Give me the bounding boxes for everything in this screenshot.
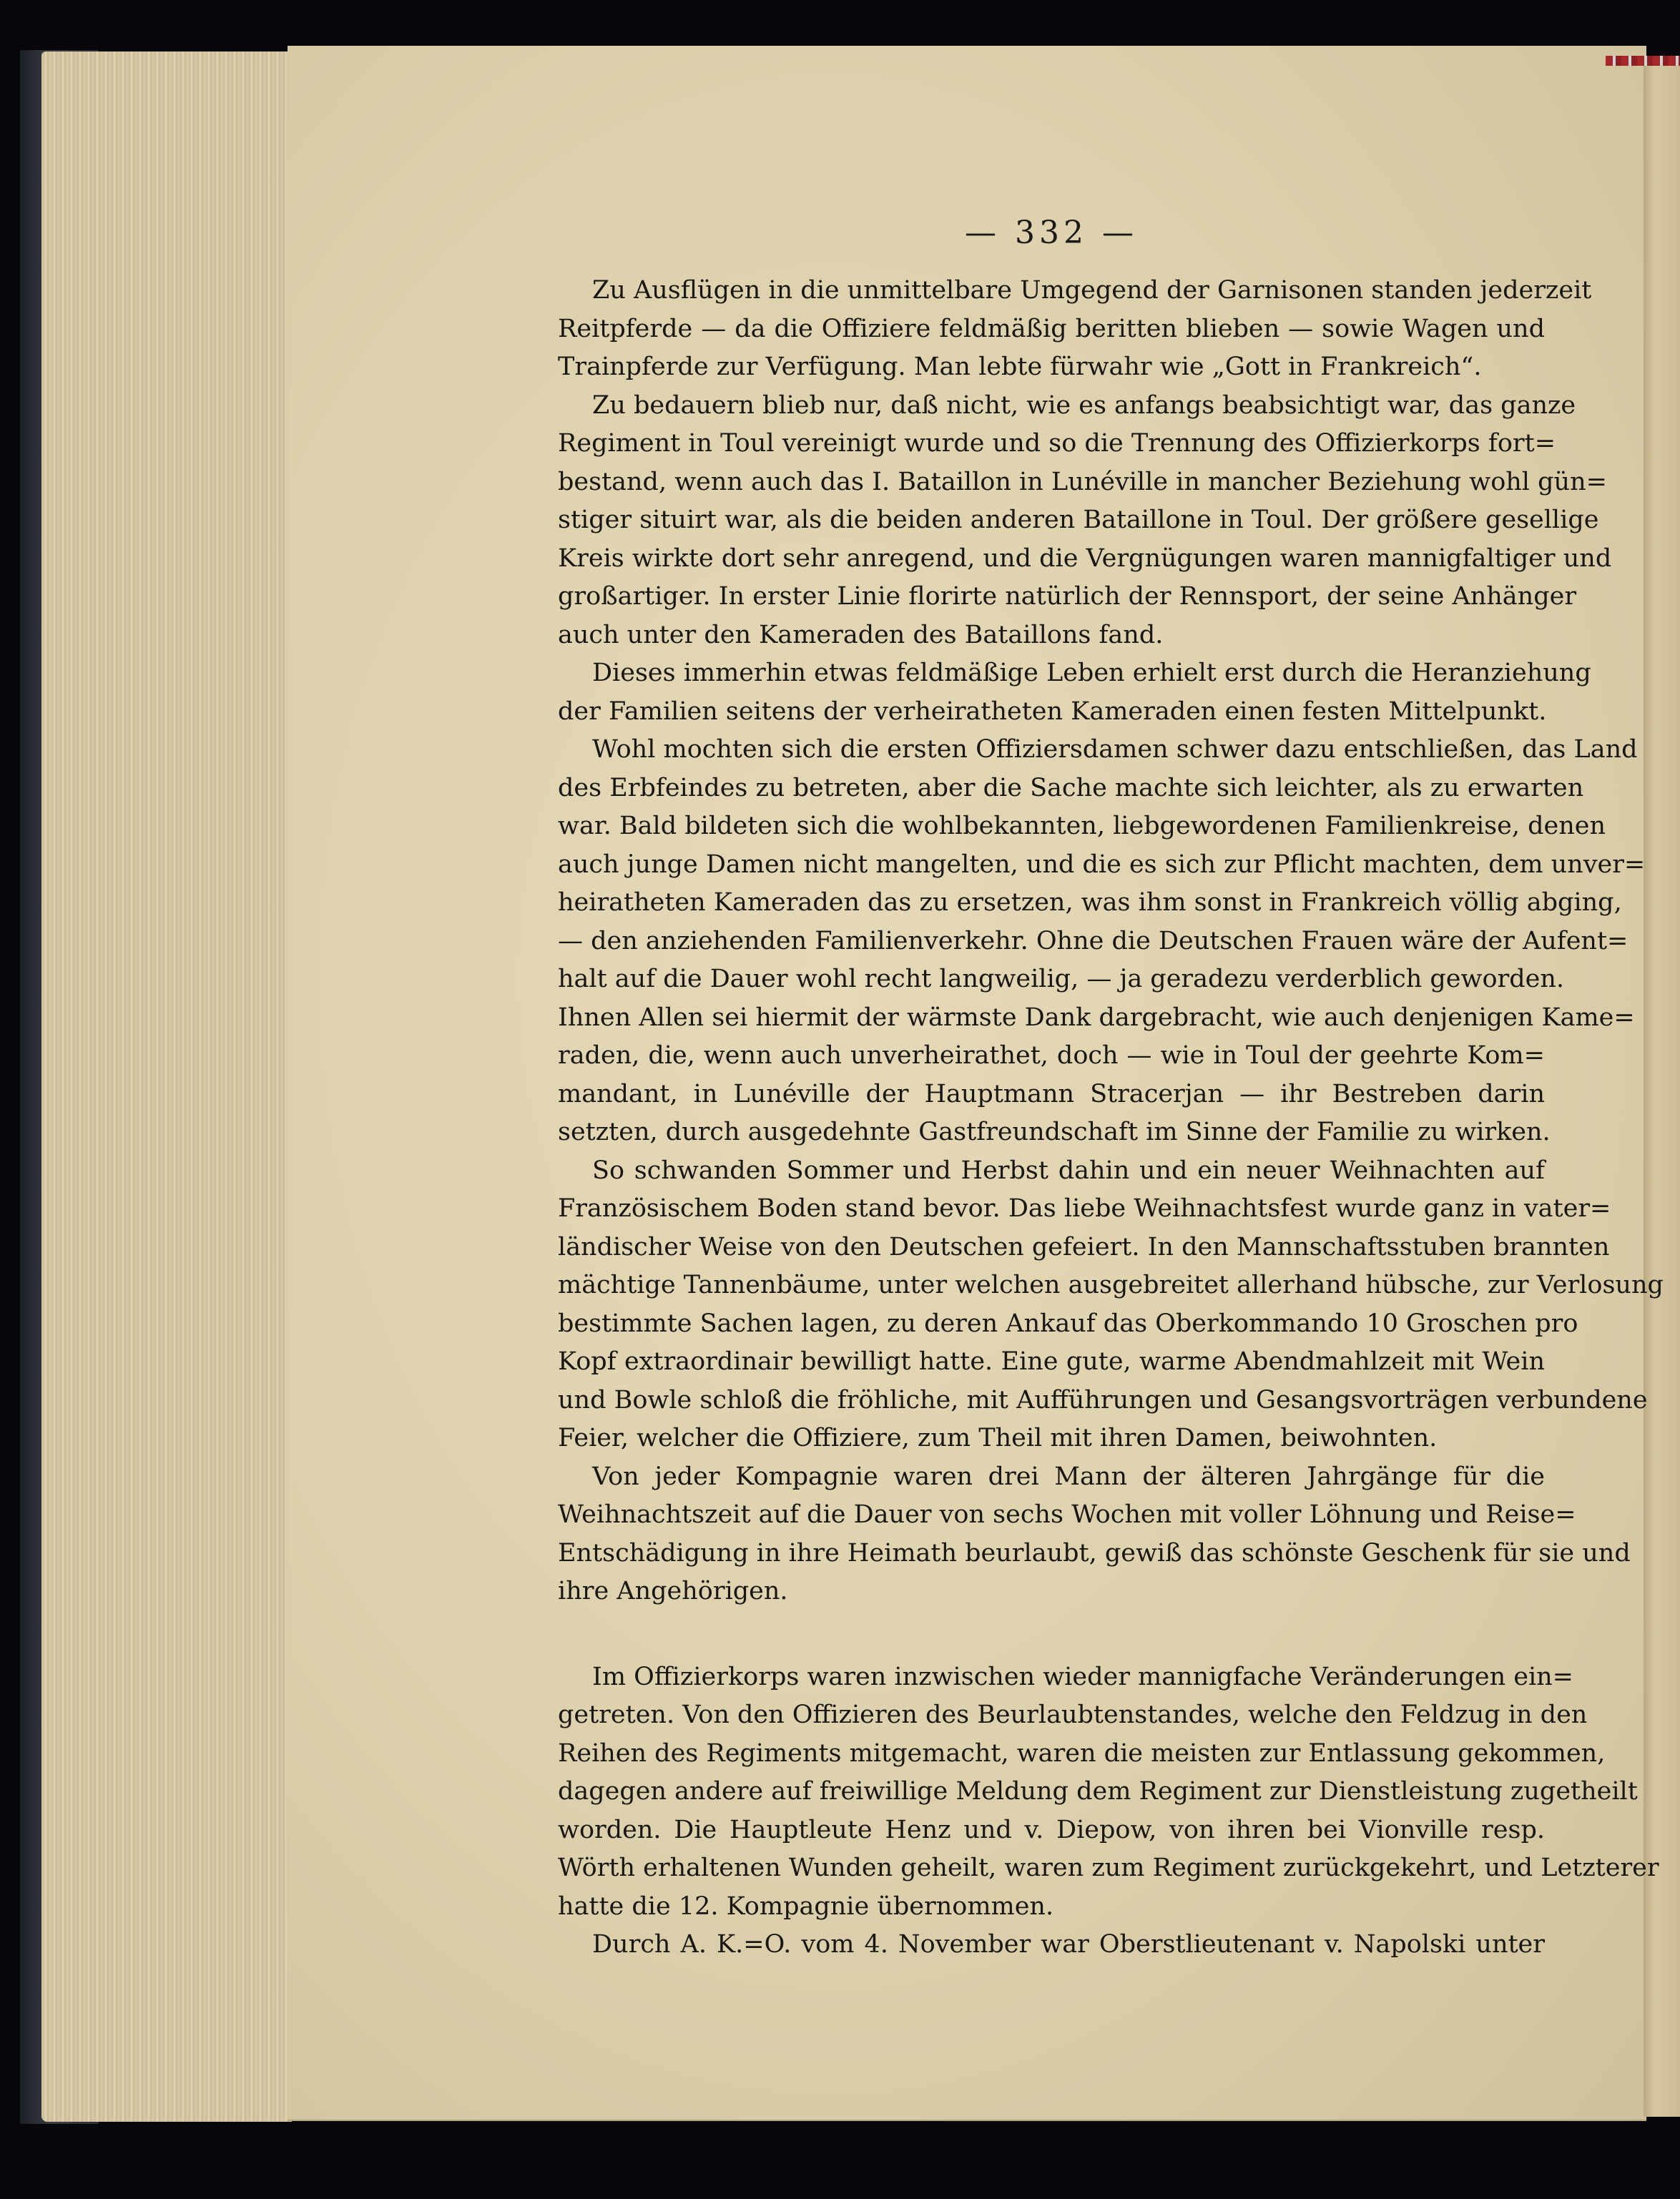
text-line: Reihen des Regiments mitgemacht, waren d…	[558, 1735, 1545, 1774]
text-line: großartiger. In erster Linie florirte na…	[558, 578, 1545, 616]
text-line: worden. Die Hauptleute Henz und v. Diepo…	[558, 1811, 1545, 1850]
paragraph: Dieses immerhin etwas feldmäßige Leben e…	[558, 654, 1545, 731]
page-stack-edge	[41, 51, 292, 2122]
section-break	[558, 1611, 1545, 1658]
text-line: ländischer Weise von den Deutschen gefei…	[558, 1229, 1545, 1267]
paragraph: Wohl mochten sich die ersten Offiziersda…	[558, 731, 1545, 1152]
paragraph: So schwanden Sommer und Herbst dahin und…	[558, 1152, 1545, 1458]
text-line: stiger situirt war, als die beiden ander…	[558, 501, 1545, 540]
text-line: bestand, wenn auch das I. Bataillon in L…	[558, 463, 1545, 502]
text-line: Von jeder Kompagnie waren drei Mann der …	[558, 1458, 1545, 1497]
text-line: Weihnachtszeit auf die Dauer von sechs W…	[558, 1496, 1545, 1535]
text-line: Im Offizierkorps waren inzwischen wieder…	[558, 1658, 1545, 1697]
paragraph: Zu Ausflügen in die unmittelbare Umgegen…	[558, 272, 1545, 387]
text-line: So schwanden Sommer und Herbst dahin und…	[558, 1152, 1545, 1191]
text-line: der Familien seitens der verheiratheten …	[558, 693, 1545, 732]
text-line: dagegen andere auf freiwillige Meldung d…	[558, 1773, 1545, 1811]
text-line: Kopf extraordinair bewilligt hatte. Eine…	[558, 1343, 1545, 1382]
text-line: Zu bedauern blieb nur, daß nicht, wie es…	[558, 387, 1545, 425]
text-line: Dieses immerhin etwas feldmäßige Leben e…	[558, 654, 1545, 693]
text-line: bestimmte Sachen lagen, zu deren Ankauf …	[558, 1305, 1545, 1344]
text-line: des Erbfeindes zu betreten, aber die Sac…	[558, 769, 1545, 808]
text-line: hatte die 12. Kompagnie übernommen.	[558, 1888, 1545, 1927]
text-line: auch unter den Kameraden des Bataillons …	[558, 616, 1545, 655]
text-line: auch junge Damen nicht mangelten, und di…	[558, 846, 1545, 885]
page-number: — 332 —	[944, 215, 1159, 251]
text-line: war. Bald bildeten sich die wohlbekannte…	[558, 807, 1545, 846]
text-line: — den anziehenden Familienverkehr. Ohne …	[558, 923, 1545, 961]
text-line: mächtige Tannenbäume, unter welchen ausg…	[558, 1266, 1545, 1305]
text-line: mandant, in Lunéville der Hauptmann Stra…	[558, 1076, 1545, 1114]
text-line: Wohl mochten sich die ersten Offiziersda…	[558, 731, 1545, 769]
text-line: setzten, durch ausgedehnte Gastfreundsch…	[558, 1113, 1545, 1152]
text-line: ihre Angehörigen.	[558, 1573, 1545, 1611]
text-line: und Bowle schloß die fröhliche, mit Auff…	[558, 1382, 1545, 1420]
text-line: heiratheten Kameraden das zu ersetzen, w…	[558, 884, 1545, 923]
text-line: Ihnen Allen sei hiermit der wärmste Dank…	[558, 999, 1545, 1038]
text-line: Wörth erhaltenen Wunden geheilt, waren z…	[558, 1849, 1545, 1888]
facing-page-edge	[1644, 64, 1680, 2117]
text-line: getreten. Von den Offizieren des Beurlau…	[558, 1696, 1545, 1735]
text-line: raden, die, wenn auch unverheirathet, do…	[558, 1037, 1545, 1076]
text-line: Feier, welcher die Offiziere, zum Theil …	[558, 1420, 1545, 1458]
text-line: Reitpferde — da die Offiziere feldmäßig …	[558, 310, 1545, 349]
text-line: halt auf die Dauer wohl recht langweilig…	[558, 960, 1545, 999]
text-line: Französischem Boden stand bevor. Das lie…	[558, 1190, 1545, 1229]
headband	[1606, 56, 1680, 66]
text-line: Zu Ausflügen in die unmittelbare Umgegen…	[558, 272, 1545, 310]
text-line: Durch A. K.=O. vom 4. November war Obers…	[558, 1926, 1545, 1964]
paragraph: Durch A. K.=O. vom 4. November war Obers…	[558, 1926, 1545, 1964]
body-text: Zu Ausflügen in die unmittelbare Umgegen…	[558, 272, 1545, 1964]
text-line: Entschädigung in ihre Heimath beurlaubt,…	[558, 1535, 1545, 1573]
text-line: Regiment in Toul vereinigt wurde und so …	[558, 425, 1545, 463]
text-line: Kreis wirkte dort sehr anregend, und die…	[558, 540, 1545, 579]
paragraph: Von jeder Kompagnie waren drei Mann der …	[558, 1458, 1545, 1611]
paragraph: Im Offizierkorps waren inzwischen wieder…	[558, 1658, 1545, 1927]
paragraph: Zu bedauern blieb nur, daß nicht, wie es…	[558, 387, 1545, 655]
text-line: Trainpferde zur Verfügung. Man lebte für…	[558, 348, 1545, 387]
